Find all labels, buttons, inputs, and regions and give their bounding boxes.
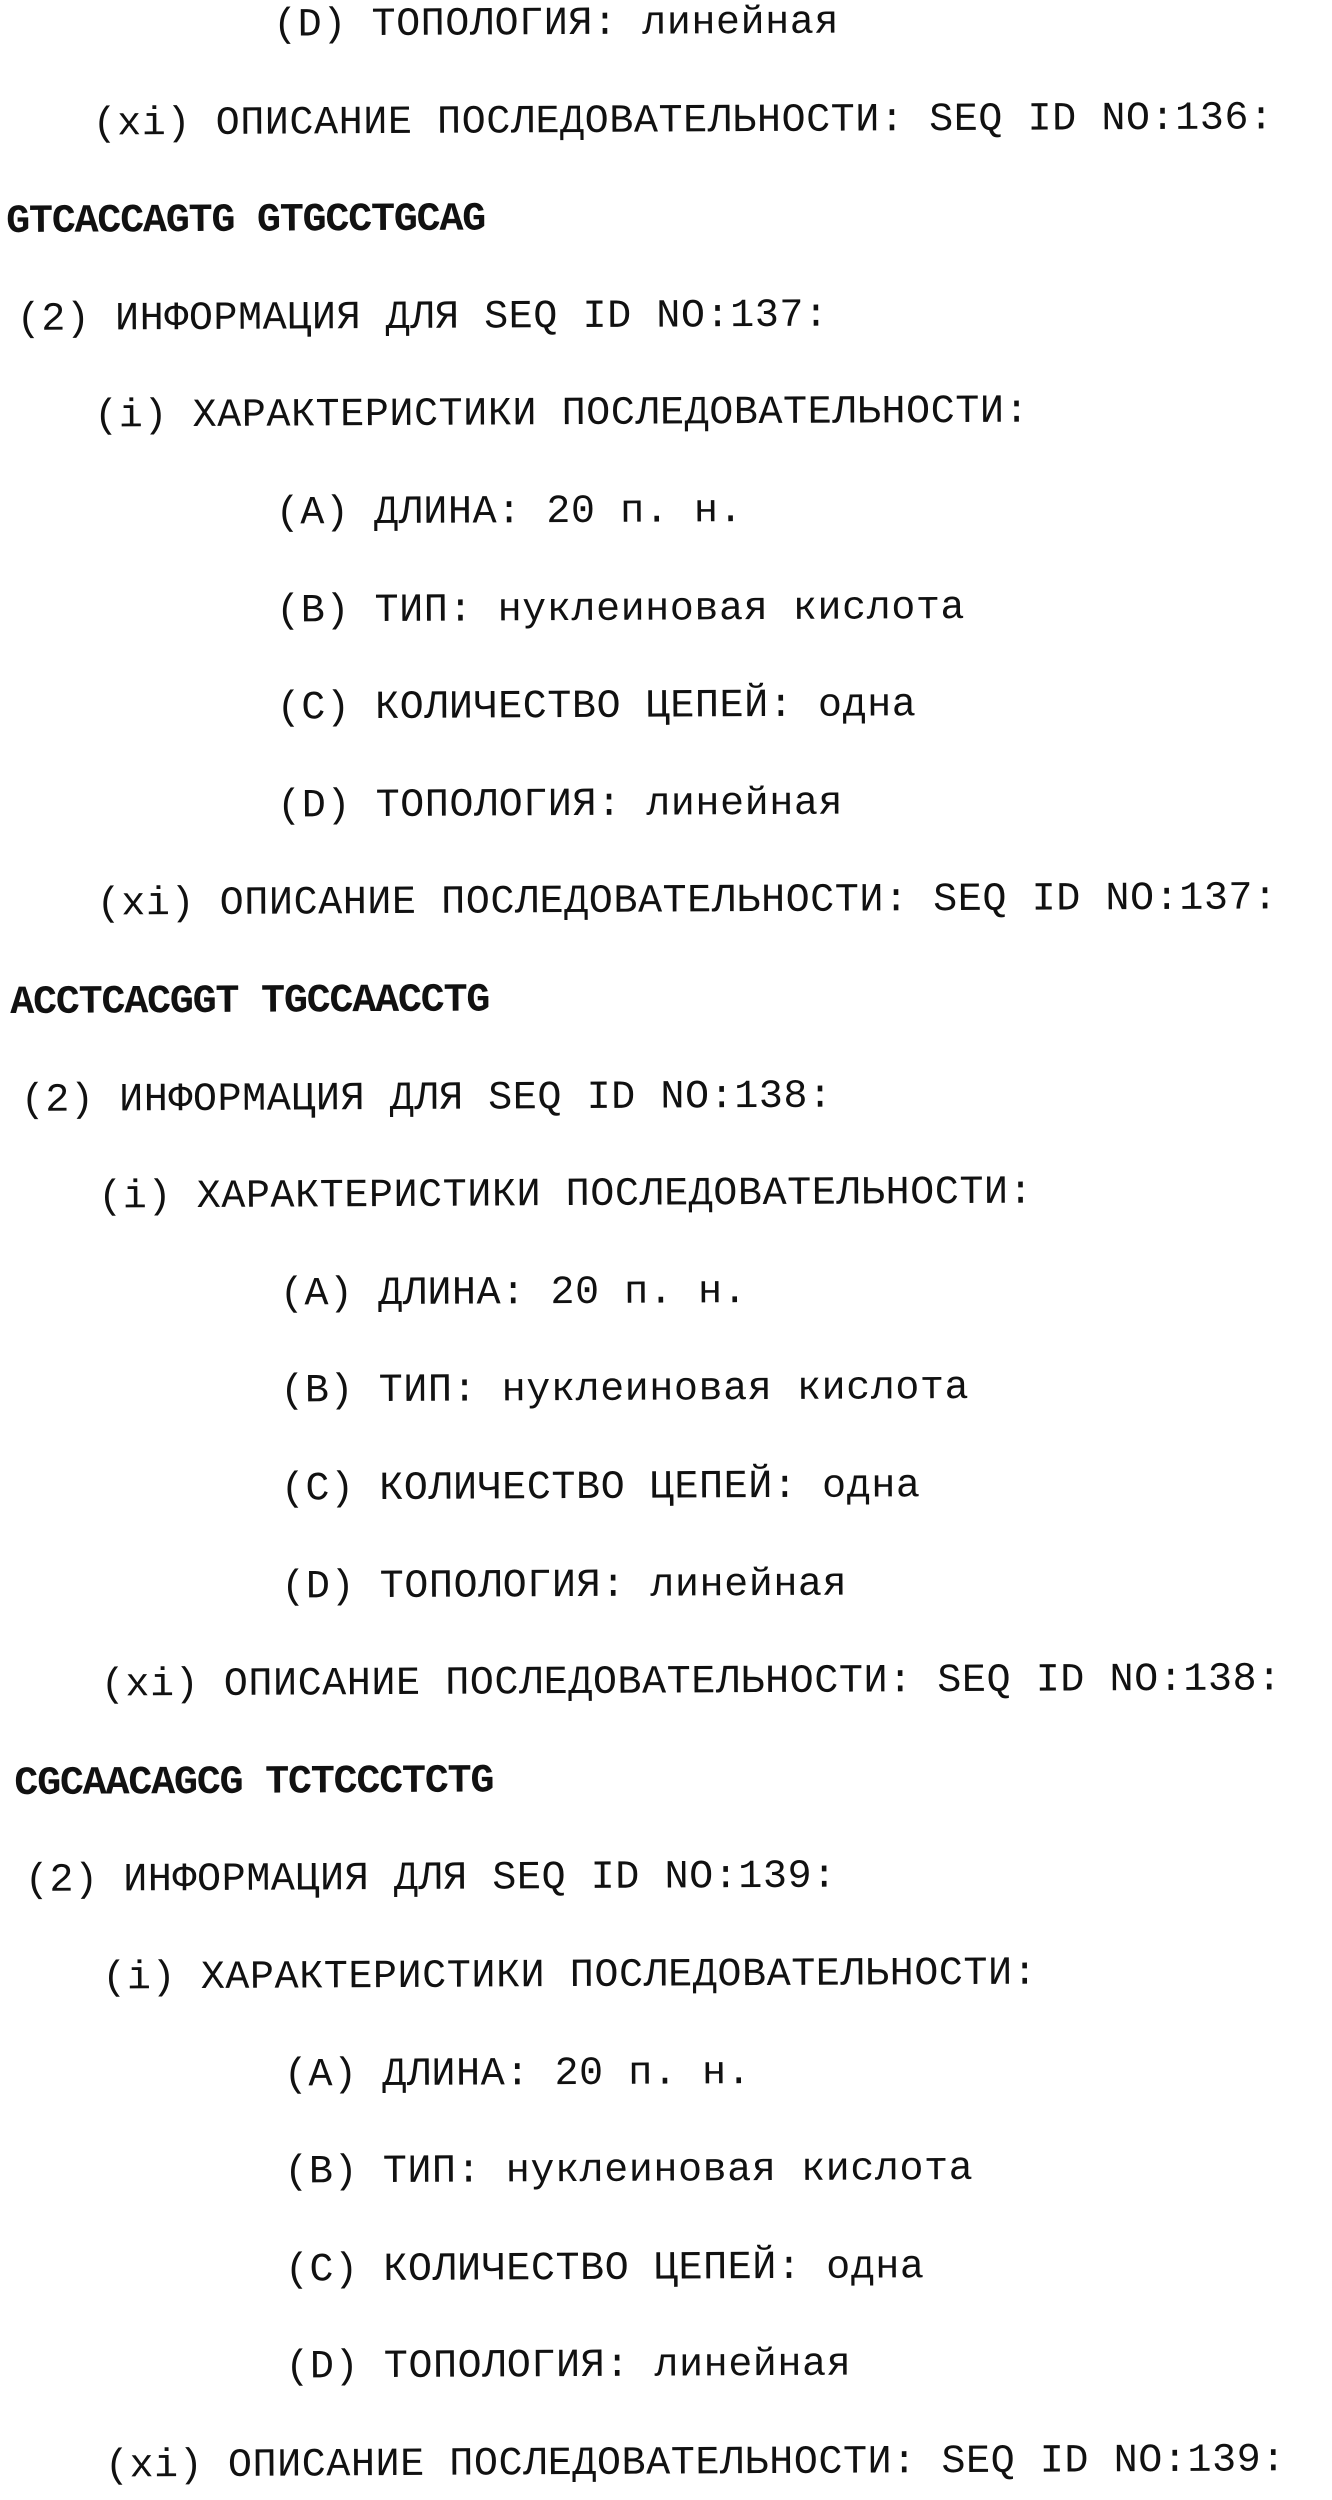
- subsection-heading: (i) ХАРАКТЕРИСТИКИ ПОСЛЕДОВАТЕЛЬНОСТИ:: [102, 1950, 1037, 2005]
- seq-info-heading: (2) ИНФОРМАЦИЯ ДЛЯ SEQ ID NO:137:: [17, 291, 829, 345]
- subsection-heading: (xi) ОПИСАНИЕ ПОСЛЕДОВАТЕЛЬНОСТИ: SEQ ID…: [97, 875, 1278, 931]
- subsection-heading: (xi) ОПИСАНИЕ ПОСЛЕДОВАТЕЛЬНОСТИ: SEQ ID…: [105, 2436, 1286, 2492]
- sequence-line: GTCACCAGTG GTGCCTGCAG: [6, 196, 485, 249]
- characteristic-item: (B) ТИП: нуклеиновая кислота: [284, 2145, 973, 2199]
- subsection-heading: (i) ХАРАКТЕРИСТИКИ ПОСЛЕДОВАТЕЛЬНОСТИ:: [94, 388, 1029, 443]
- characteristic-item: (A) ДЛИНА: 20 п. н.: [284, 2049, 752, 2101]
- characteristic-item: (C) КОЛИЧЕСТВО ЦЕПЕЙ: одна: [281, 1462, 921, 1515]
- subsection-heading: (xi) ОПИСАНИЕ ПОСЛЕДОВАТЕЛЬНОСТИ: SEQ ID…: [101, 1655, 1282, 1711]
- characteristic-item: (D) ТОПОЛОГИЯ: линейная: [277, 779, 843, 832]
- document-page: (D) ТОПОЛОГИЯ: линейная(xi) ОПИСАНИЕ ПОС…: [0, 0, 1332, 2500]
- characteristic-item: (B) ТИП: нуклеиновая кислота: [280, 1364, 969, 1418]
- seq-info-heading: (2) ИНФОРМАЦИЯ ДЛЯ SEQ ID NO:139:: [25, 1853, 837, 1907]
- characteristic-item: (D) ТОПОЛОГИЯ: линейная: [285, 2341, 851, 2394]
- seq-info-heading: (2) ИНФОРМАЦИЯ ДЛЯ SEQ ID NO:138:: [21, 1072, 833, 1126]
- characteristic-item: (A) ДЛИНА: 20 п. н.: [276, 487, 744, 539]
- subsection-heading: (xi) ОПИСАНИЕ ПОСЛЕДОВАТЕЛЬНОСТИ: SEQ ID…: [93, 94, 1274, 150]
- characteristic-item: (A) ДЛИНА: 20 п. н.: [280, 1268, 748, 1320]
- subsection-heading: (i) ХАРАКТЕРИСТИКИ ПОСЛЕДОВАТЕЛЬНОСТИ:: [98, 1169, 1033, 1224]
- sequence-line: CGCAACAGCG TCTCCCTCTG: [14, 1757, 493, 1810]
- characteristic-item: (D) ТОПОЛОГИЯ: линейная: [281, 1560, 847, 1613]
- characteristic-item: (C) КОЛИЧЕСТВО ЦЕПЕЙ: одна: [285, 2243, 925, 2296]
- sequence-line: ACCTCACGGT TGCCAACCTG: [10, 976, 489, 1029]
- characteristic-item: (C) КОЛИЧЕСТВО ЦЕПЕЙ: одна: [277, 681, 917, 734]
- characteristic-item: (B) ТИП: нуклеиновая кислота: [276, 584, 965, 638]
- characteristic-item: (D) ТОПОЛОГИЯ: линейная: [273, 0, 839, 52]
